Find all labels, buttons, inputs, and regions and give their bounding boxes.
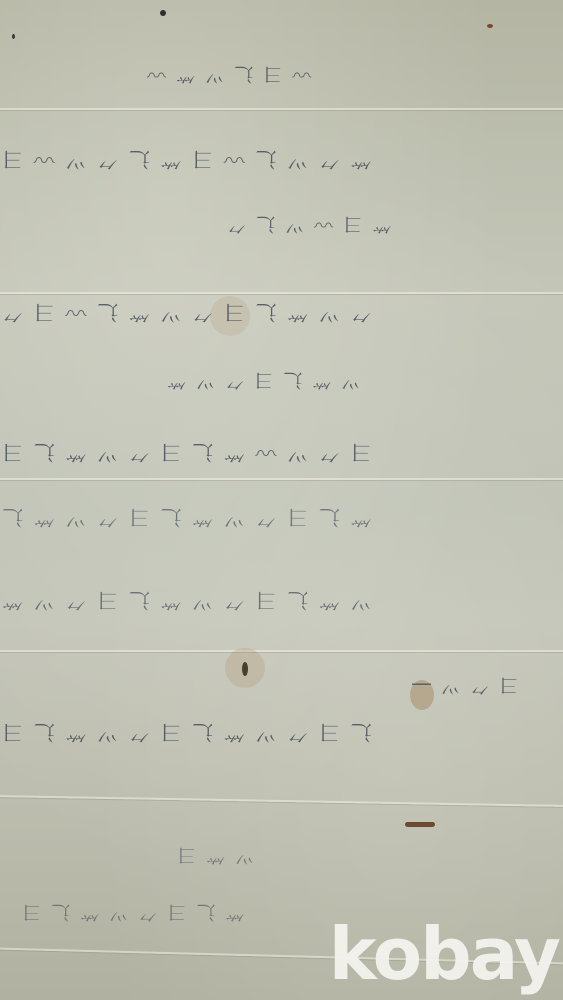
handwriting-line: ⺮ ⺕ 〰 ⺍ ⻌ ⺈ xyxy=(225,212,391,239)
handwriting-line: 〰 ⺕ ⻌ ⺍ ⺮ 〰 xyxy=(145,62,311,89)
handwriting-line: ⺕ ⺈ ⺍ 〰 ⺮ ⻌ ⺕ ⺈ ⺍ ⺮ ⻌ ⺕ xyxy=(0,438,371,468)
handwriting-line: ⺮ ⺈ ⺍ ⻌ 〰 ⺕ ⺮ ⻌ ⺈ ⺍ 〰 ⺕ xyxy=(0,145,371,175)
handwriting-line: ⺍ ⺮ ⻌ ⺕ ⺈ ⺍ ⺮ ⻌ ⺕ ⺈ ⺍ ⺮ xyxy=(0,586,371,616)
handwriting-line: ⺍ ⺮ ⻌ ⺕ ⺈ ⺍ ⺮ xyxy=(165,368,360,395)
ink-speck xyxy=(160,10,166,16)
paper-fold xyxy=(0,292,563,294)
document-photo: 〰 ⺕ ⻌ ⺍ ⺮ 〰 ⺮ ⺈ ⺍ ⻌ 〰 ⺕ ⺮ ⻌ ⺈ ⺍ 〰 ⺕ ⺮ ⺕ … xyxy=(0,0,563,1000)
stain xyxy=(225,648,265,688)
handwriting-line: ⺕ ⺈ ⺍ ― xyxy=(410,673,518,700)
kobay-watermark: kobay xyxy=(329,918,559,990)
handwriting-line: ⺮ ⻌ ⺕ ⺈ ⺍ ⺮ ⻌ ⺕ xyxy=(20,900,244,927)
paper-fold xyxy=(0,650,563,652)
handwriting-line: ⺈ ⺍ ⺮ ⻌ ⺕ ⺈ ⺍ ⺮ ⻌ 〰 ⺕ ⺈ xyxy=(0,298,371,328)
handwriting-line: ⺮ ⻌ ⺕ ⺈ ⺍ ⺮ ⻌ ⺕ ⺈ ⺍ ⺮ ⻌ xyxy=(0,503,371,533)
rust-speck xyxy=(405,822,435,827)
handwriting-line: ⻌ ⺕ ⺈ ⺍ ⺮ ⻌ ⺕ ⺈ ⺍ ⺮ ⻌ ⺕ xyxy=(0,718,371,748)
paper-fold xyxy=(0,795,563,807)
paper-fold xyxy=(0,108,563,110)
handwriting-line: ⺍ ⺮ ⺕ xyxy=(175,843,254,870)
ink-speck xyxy=(12,34,15,39)
rust-speck xyxy=(487,24,493,28)
paper-fold xyxy=(0,478,563,480)
